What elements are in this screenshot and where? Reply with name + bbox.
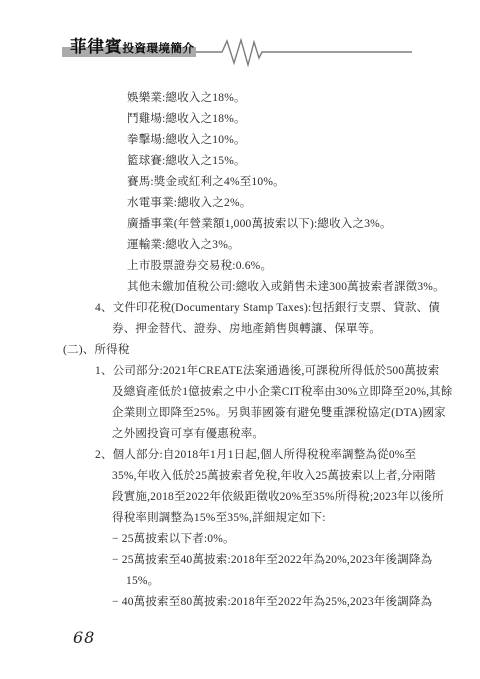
text-line: 其他未繳加值稅公司:總收入或銷售未達300萬披索者課徵3%。 bbox=[0, 277, 480, 298]
text-line: 券、押金替代、證券、房地產銷售與轉讓、保單等。 bbox=[0, 319, 480, 340]
text-line: 鬥雞場:總收入之18%。 bbox=[0, 109, 480, 130]
text-line: 拳擊場:總收入之10%。 bbox=[0, 130, 480, 151]
text-line: (二)、所得稅 bbox=[0, 340, 480, 361]
header-title-sub: 投資環境簡介 bbox=[123, 43, 195, 55]
text-line: 企業則立即降至25%。另與菲國簽有避免雙重課稅協定(DTA)國家 bbox=[0, 403, 480, 424]
text-line: 4、文件印花稅(Documentary Stamp Taxes):包括銀行支票、… bbox=[0, 298, 480, 319]
text-line: 上市股票證券交易稅:0.6%。 bbox=[0, 256, 480, 277]
document-page: 菲律賓投資環境簡介 娛樂業:總收入之18%。鬥雞場:總收入之18%。拳擊場:總收… bbox=[0, 0, 480, 679]
text-line: 1、公司部分:2021年CREATE法案通過後,可課稅所得低於500萬披索 bbox=[0, 361, 480, 382]
text-line: 籃球賽:總收入之15%。 bbox=[0, 151, 480, 172]
page-header-title: 菲律賓投資環境簡介 bbox=[70, 38, 195, 58]
waveform-rule-icon bbox=[196, 38, 413, 68]
text-line: 賽馬:獎金或紅利之4%至10%。 bbox=[0, 172, 480, 193]
text-line: 及總資產低於1億披索之中小企業CIT稅率由30%立即降至20%,其餘 bbox=[0, 382, 480, 403]
body-text: 娛樂業:總收入之18%。鬥雞場:總收入之18%。拳擊場:總收入之10%。籃球賽:… bbox=[0, 88, 480, 613]
text-line: − 40萬披索至80萬披索:2018年至2022年為25%,2023年後調降為 bbox=[0, 592, 480, 613]
header-title-main: 菲律賓 bbox=[70, 38, 123, 56]
text-line: 娛樂業:總收入之18%。 bbox=[0, 88, 480, 109]
text-line: 段實施,2018至2022年依級距徵收20%至35%所得稅;2023年以後所 bbox=[0, 487, 480, 508]
text-line: 水電事業:總收入之2%。 bbox=[0, 193, 480, 214]
text-line: 35%,年收入低於25萬披索者免稅,年收入25萬披索以上者,分兩階 bbox=[0, 466, 480, 487]
text-line: − 25萬披索至40萬披索:2018年至2022年為20%,2023年後調降為 bbox=[0, 550, 480, 571]
text-line: 15%。 bbox=[0, 571, 480, 592]
page-number: 68 bbox=[73, 628, 95, 647]
text-line: 之外國投資可享有優惠稅率。 bbox=[0, 424, 480, 445]
text-line: 廣播事業(年營業額1,000萬披索以下):總收入之3%。 bbox=[0, 214, 480, 235]
text-line: 2、個人部分:自2018年1月1日起,個人所得稅稅率調整為從0%至 bbox=[0, 445, 480, 466]
text-line: 得稅率則調整為15%至35%,詳細規定如下: bbox=[0, 508, 480, 529]
text-line: 運輸業:總收入之3%。 bbox=[0, 235, 480, 256]
text-line: − 25萬披索以下者:0%。 bbox=[0, 529, 480, 550]
